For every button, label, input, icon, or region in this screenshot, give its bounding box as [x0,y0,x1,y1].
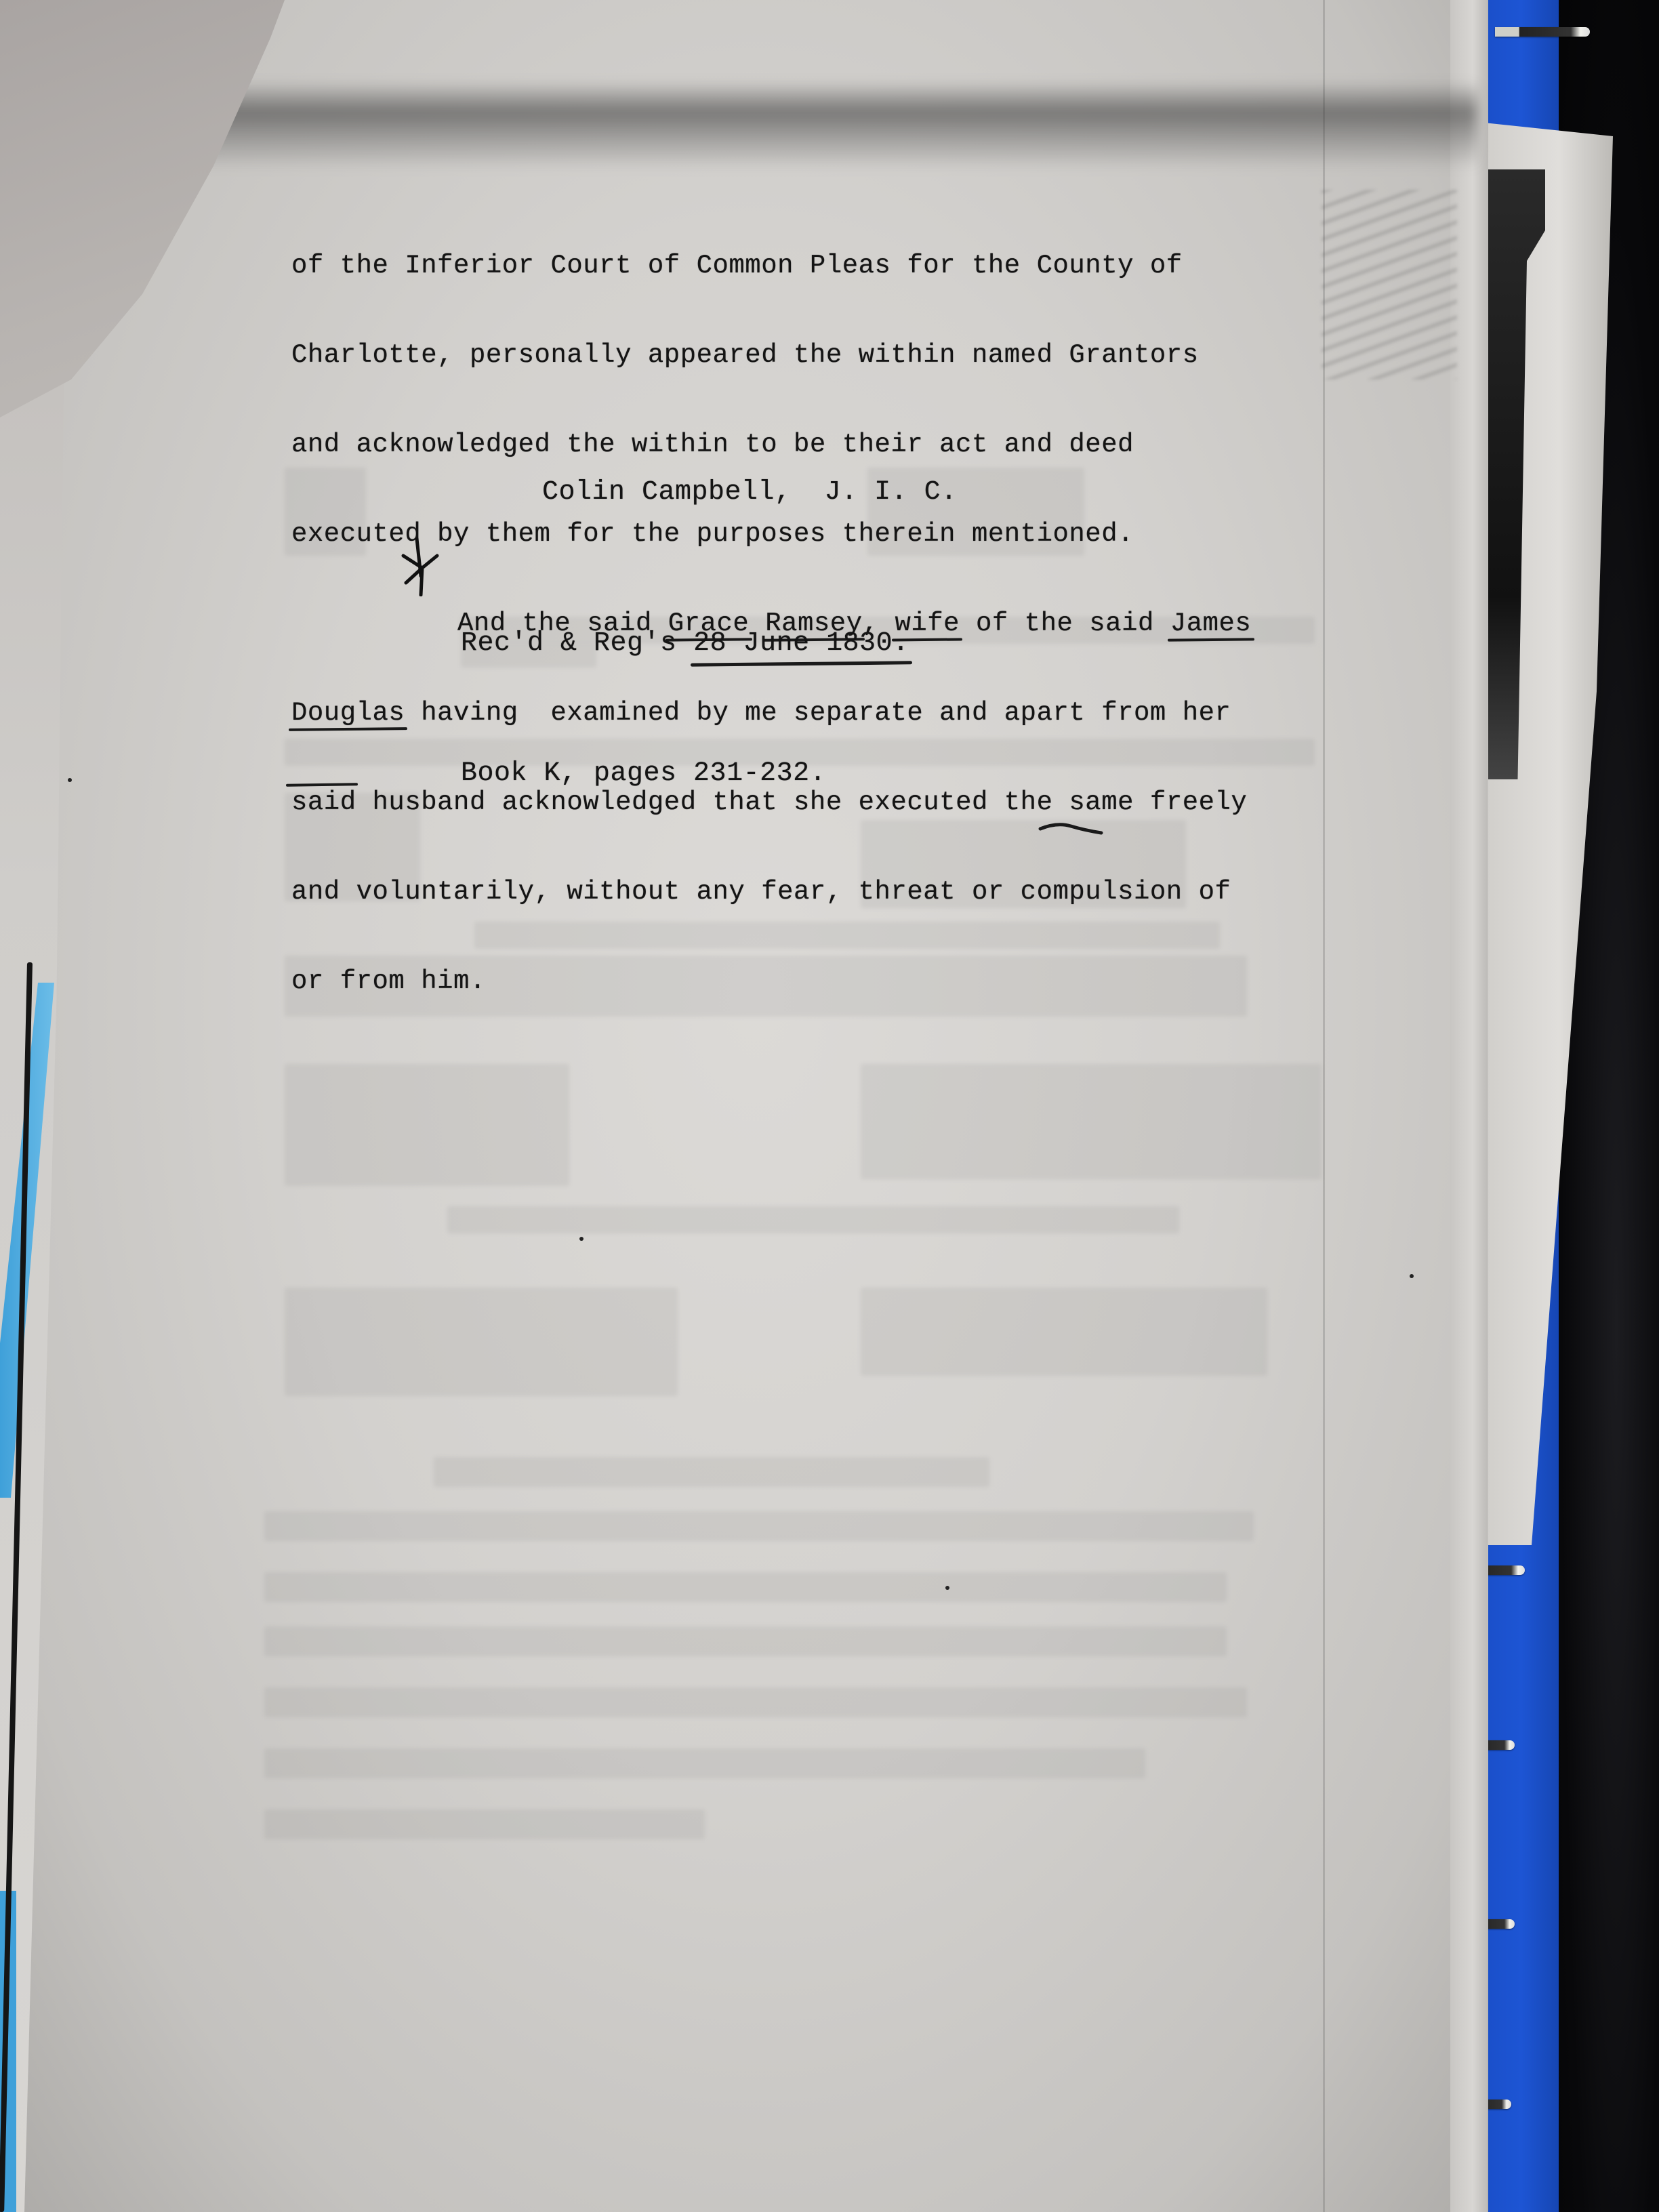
overlined-word-said: said [291,787,356,817]
text-line: and acknowledged the within to be their … [291,430,1251,459]
top-shadow [203,81,1477,169]
underlined-name-douglas: Douglas [291,698,405,728]
binder-prong [1495,27,1590,37]
book-reference: Book K, pages 231-232. [461,752,909,796]
ink-speck [1410,1274,1414,1278]
signature-line: Colin Campbell, J. I. C. [542,478,958,508]
text-line: and voluntarily, without any fear, threa… [291,877,1251,907]
recorded-date: 28 June 1830. [693,628,909,659]
text-line: of the Inferior Court of Common Pleas fo… [291,251,1251,281]
handwritten-asterisk-icon [396,535,451,596]
ink-speck [68,778,72,782]
handwriting-bleed [1322,190,1457,380]
text-line: or from him. [291,966,1251,996]
ink-speck [579,1237,583,1241]
recording-info: Rec'd & Reg's 28 June 1830. Book K, page… [461,535,909,839]
recorded-label: Rec'd & Reg's [461,628,693,659]
text-line: Charlotte, personally appeared the withi… [291,340,1251,370]
recorded-line: Rec'd & Reg's 28 June 1830. [461,622,909,665]
text-segment: of the said [960,609,1170,638]
ink-speck [945,1586,949,1590]
underlined-name-james: James [1170,609,1252,638]
